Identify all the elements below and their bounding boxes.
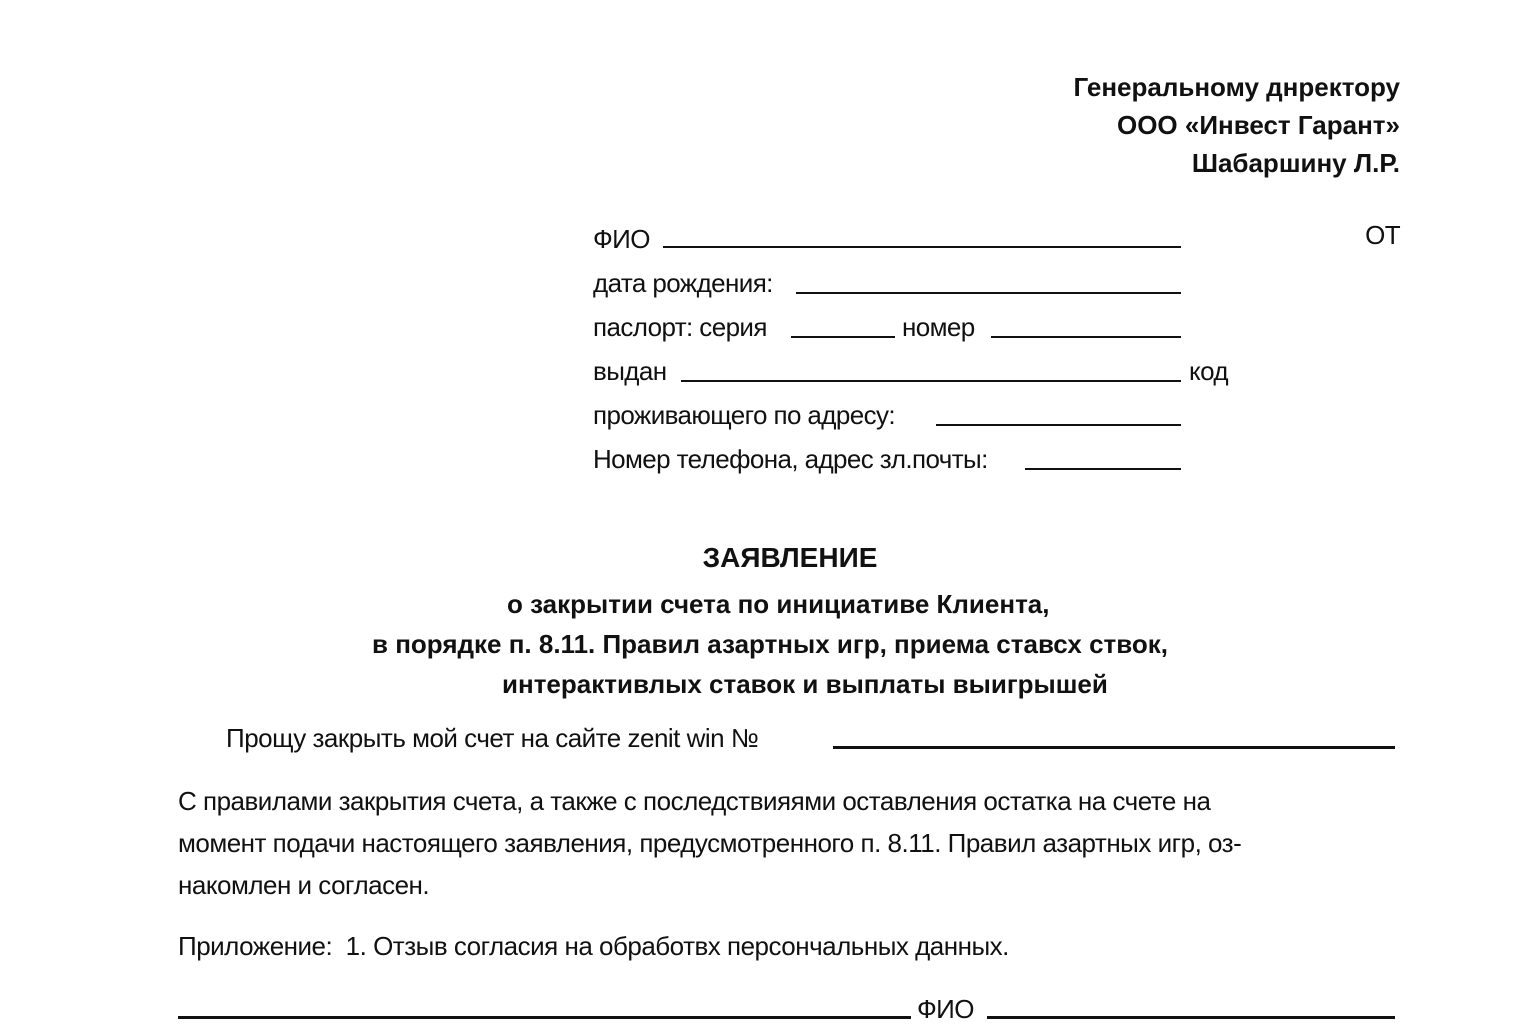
subtitle-line-3: интерактивлых ставок и выплаты выигрышей: [502, 669, 1108, 700]
addressee-line-2: ООО «Инвест Гарант»: [1117, 110, 1400, 141]
request-text: Прощу закрыть мой счет на сайте zenit wi…: [226, 723, 758, 754]
address-input-line[interactable]: [936, 424, 1181, 426]
signature-fio-input-line[interactable]: [987, 1016, 1395, 1019]
acknowledgement-line-2: момент подачи настоящего заявления, пред…: [178, 828, 1241, 859]
signature-input-line[interactable]: [178, 1016, 911, 1019]
birth-date-label: дата рождения:: [593, 268, 773, 299]
addressee-line-1: Генеральному днректору: [1073, 72, 1400, 103]
contacts-label: Номер телефона, адрес зл.почты:: [593, 444, 988, 475]
signature-fio-label: ФИО: [917, 994, 974, 1024]
subtitle-line-1: о закрытии счета по инициативе Клиента,: [507, 589, 1049, 620]
acknowledgement-line-1: С правилами закрытия счета, а также с по…: [178, 786, 1210, 817]
document-title: ЗАЯВЛЕНИЕ: [0, 542, 1536, 574]
fio-input-line[interactable]: [663, 246, 1181, 248]
passport-series-label: паслорт: серия: [593, 312, 767, 343]
contacts-input-line[interactable]: [1025, 468, 1181, 470]
subtitle-line-2: в порядке п. 8.11. Правил азартных игр, …: [372, 629, 1168, 660]
attachment-text: Приложение: 1. Отзыв согласия на обработ…: [178, 931, 1009, 962]
address-label: проживающего по адресу:: [593, 400, 895, 431]
passport-series-input-line[interactable]: [791, 336, 895, 338]
issued-by-input-line[interactable]: [681, 380, 1181, 382]
issued-by-label: выдан: [593, 356, 667, 387]
passport-number-label: номер: [902, 312, 975, 343]
passport-number-input-line[interactable]: [991, 336, 1181, 338]
fio-label: ФИО: [593, 224, 650, 255]
account-number-input-line[interactable]: [833, 746, 1395, 749]
acknowledgement-line-3: накомлен и согласен.: [178, 870, 429, 901]
birth-date-input-line[interactable]: [796, 292, 1181, 294]
from-label: ОТ: [1365, 220, 1400, 251]
code-label: код: [1189, 356, 1228, 387]
addressee-line-3: Шабаршину Л.Р.: [1192, 148, 1400, 179]
